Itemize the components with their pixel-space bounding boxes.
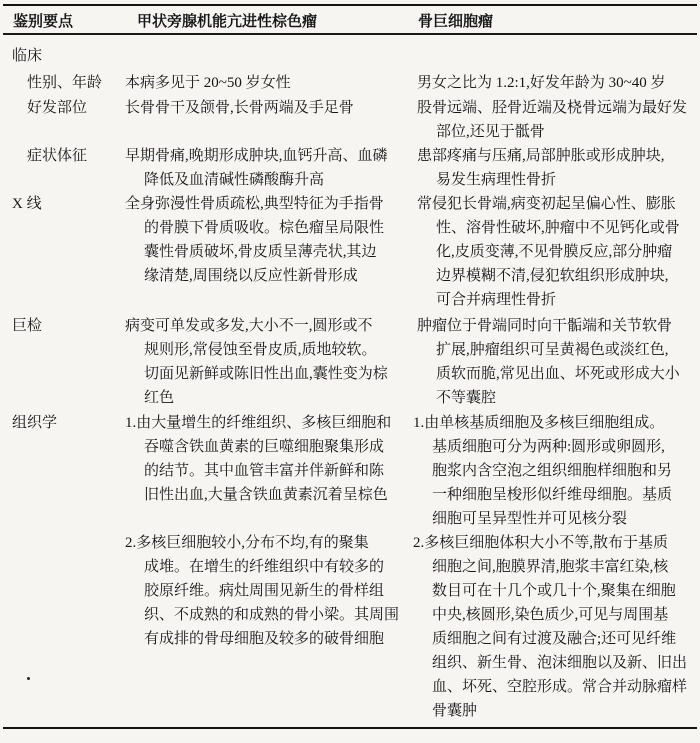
- scan-speck: [27, 677, 30, 680]
- table-row: 2.多核巨细胞较小,分布不均,有的聚集 成堆。在增生的纤维组织中有较多的 胶原纤…: [3, 531, 697, 723]
- row-label: 好发部位: [3, 96, 125, 144]
- cell-brown-tumor: 全身弥漫性骨质疏松,典型特征为手指骨 的骨膜下骨质吸收。棕色瘤呈局限性 囊性骨质…: [125, 192, 413, 312]
- table-row: X 线 全身弥漫性骨质疏松,典型特征为手指骨 的骨膜下骨质吸收。棕色瘤呈局限性 …: [3, 192, 697, 312]
- cell-giant-cell: 男女之比为 1.2:1,好发年龄为 30~40 岁: [413, 71, 697, 95]
- page: 鉴别要点 甲状旁腺机能亢进性棕色瘤 骨巨细胞瘤 临床 性别、年龄 本病多见于 2…: [0, 0, 700, 743]
- table-header: 鉴别要点 甲状旁腺机能亢进性棕色瘤 骨巨细胞瘤: [3, 6, 697, 35]
- cell-brown-tumor: 2.多核巨细胞较小,分布不均,有的聚集 成堆。在增生的纤维组织中有较多的 胶原纤…: [125, 531, 413, 723]
- row-label: [3, 531, 125, 723]
- cell-giant-cell: 肿瘤位于骨端同时向干骺端和关节软骨 扩展,肿瘤组织可呈黄褐色或淡红色, 质软而脆…: [413, 314, 697, 410]
- cell-brown-tumor: 早期骨痛,晚期形成肿块,血钙升高、血磷 降低及血清碱性磷酸酶升高: [125, 144, 413, 192]
- table-row: 临床: [3, 44, 697, 68]
- table-body: 临床 性别、年龄 本病多见于 20~50 岁女性 男女之比为 1.2:1,好发年…: [3, 35, 697, 727]
- cell-brown-tumor: 本病多见于 20~50 岁女性: [125, 71, 413, 95]
- cell-giant-cell: 1.由单核基质细胞及多核巨细胞组成。 基质细胞可分为两种:圆形或卵圆形, 胞浆内…: [413, 411, 697, 531]
- header-giant-cell-tumor: 骨巨细胞瘤: [413, 11, 697, 33]
- header-brown-tumor: 甲状旁腺机能亢进性棕色瘤: [125, 11, 413, 33]
- cell-brown-tumor: 长骨骨干及颌骨,长骨两端及手足骨: [125, 96, 413, 144]
- row-label: 巨检: [3, 314, 125, 410]
- row-label: 症状体征: [3, 144, 125, 192]
- cell-giant-cell: 2.多核巨细胞体积大小不等,散布于基质 细胞之间,胞膜界清,胞浆丰富红染,核 数…: [413, 531, 697, 723]
- table-row: 巨检 病变可单发或多发,大小不一,圆形或不 规则形,常侵蚀至骨皮质,质地较软。 …: [3, 314, 697, 410]
- cell-giant-cell: 常侵犯长骨端,病变初起呈偏心性、膨胀 性、溶骨性破坏,肿瘤中不见钙化或骨 化,皮…: [413, 192, 697, 312]
- cell-giant-cell: 股骨远端、胫骨近端及桡骨远端为最好发 部位,还见于骶骨: [413, 96, 697, 144]
- row-label: 组织学: [3, 411, 125, 531]
- row-label: X 线: [3, 192, 125, 312]
- header-differential-points: 鉴别要点: [3, 11, 125, 33]
- cell-brown-tumor: [125, 44, 413, 68]
- table-row: 症状体征 早期骨痛,晚期形成肿块,血钙升高、血磷 降低及血清碱性磷酸酶升高 患部…: [3, 144, 697, 192]
- comparison-table: 鉴别要点 甲状旁腺机能亢进性棕色瘤 骨巨细胞瘤 临床 性别、年龄 本病多见于 2…: [3, 4, 697, 729]
- row-label: 临床: [3, 44, 125, 68]
- cell-giant-cell: 患部疼痛与压痛,局部肿胀或形成肿块, 易发生病理性骨折: [413, 144, 697, 192]
- table-row: 组织学 1.由大量增生的纤维组织、多核巨细胞和 吞噬含铁血黄素的巨噬细胞聚集形成…: [3, 411, 697, 531]
- table-row: 好发部位 长骨骨干及颌骨,长骨两端及手足骨 股骨远端、胫骨近端及桡骨远端为最好发…: [3, 96, 697, 144]
- cell-giant-cell: [413, 44, 697, 68]
- table-row: 性别、年龄 本病多见于 20~50 岁女性 男女之比为 1.2:1,好发年龄为 …: [3, 71, 697, 95]
- cell-brown-tumor: 1.由大量增生的纤维组织、多核巨细胞和 吞噬含铁血黄素的巨噬细胞聚集形成 的结节…: [125, 411, 413, 531]
- cell-brown-tumor: 病变可单发或多发,大小不一,圆形或不 规则形,常侵蚀至骨皮质,质地较软。 切面见…: [125, 314, 413, 410]
- row-label: 性别、年龄: [3, 71, 125, 95]
